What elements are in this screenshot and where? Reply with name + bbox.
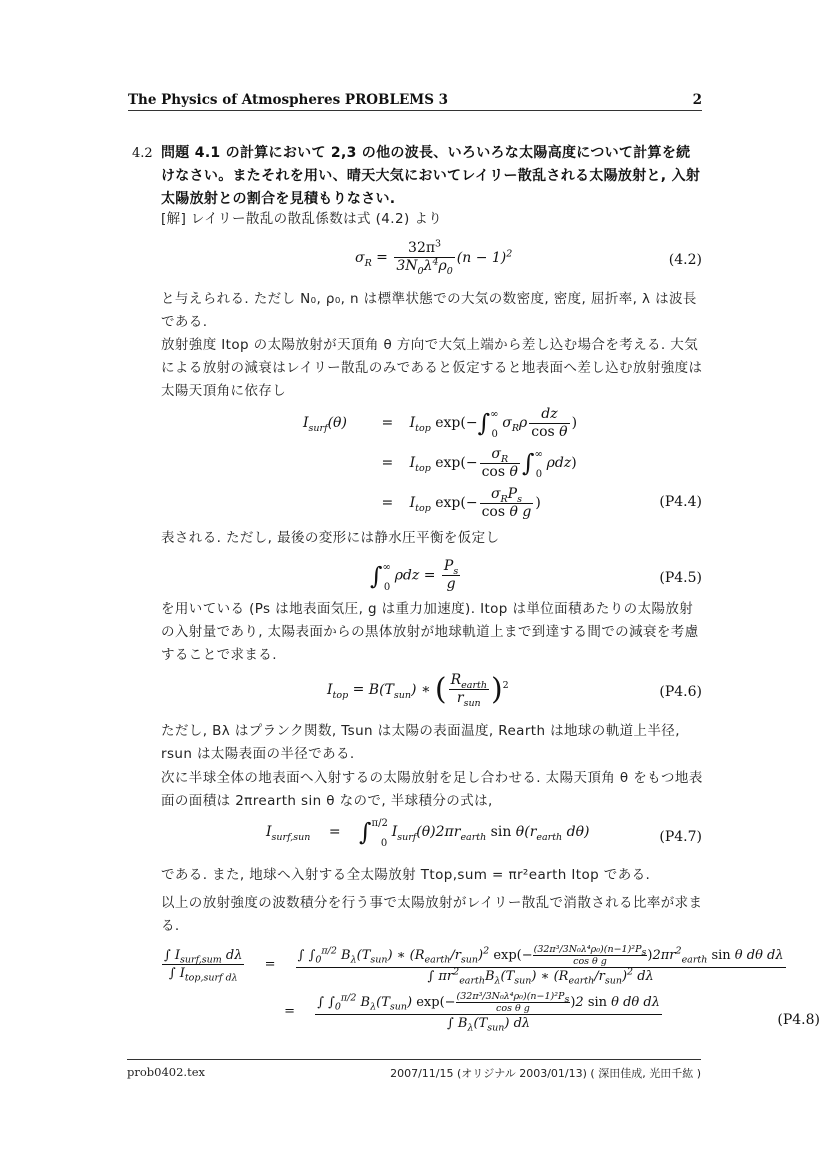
- page-header: The Physics of Atmospheres PROBLEMS 3 2: [128, 90, 702, 111]
- p4-8-line2: ∫ ∫0π/2 Bλ(Tsun) exp(−(32π³/3N₀λ⁴ρ₀)(n−1…: [315, 991, 662, 1032]
- page-number: 2: [693, 92, 702, 108]
- footer-filename: prob0402.tex: [127, 1065, 205, 1079]
- equation-label-p4-6: (P4.6): [659, 684, 702, 700]
- equation-p4-4: Isurf(θ) = Itop exp(−∫∞0 σRρdzcos θ) = I…: [303, 404, 603, 522]
- equation-p4-5: ∫∞0 ρdz = Psg: [370, 558, 462, 593]
- equation-p4-6: Itop = B(Tsun) ∗ (Rearthrsun)2: [327, 672, 509, 707]
- problem-statement: 問題 4.1 の計算において 2,3 の他の波長、いろいろな太陽高度について計算…: [161, 142, 704, 211]
- paragraph-1: と与えられる. ただし N₀, ρ₀, n は標準状態での大気の数密度, 密度,…: [161, 288, 704, 334]
- paragraph-5: ただし, Bλ はプランク関数, Tsun は太陽の表面温度, Rearth は…: [161, 720, 704, 766]
- equation-label-p4-4: (P4.4): [659, 494, 702, 510]
- paragraph-4: を用いている (Ps は地表面気圧, g は重力加速度). Itop は単位面積…: [161, 598, 704, 667]
- equation-label-4-2: (4.2): [669, 252, 702, 268]
- page-footer: prob0402.tex 2007/11/15 (オリジナル 2003/01/1…: [127, 1059, 701, 1080]
- footer-date-authors: 2007/11/15 (オリジナル 2003/01/13) ( 深田佳成, 光田…: [390, 1065, 701, 1081]
- equation-label-p4-5: (P4.5): [659, 570, 702, 586]
- paragraph-8: 以上の放射強度の波数積分を行う事で太陽放射がレイリー散乱で消散される比率が求まる…: [161, 892, 704, 938]
- p4-8-line1: ∫ ∫0π/2 Bλ(Tsun) ∗ (Rearth/rsun)2 exp(−(…: [296, 944, 786, 985]
- paragraph-7: である. また, 地球へ入射する全太陽放射 Ttop,sum = πr²eart…: [161, 864, 704, 887]
- equation-label-p4-8: (P4.8): [777, 1012, 820, 1028]
- problem-number: 4.2: [132, 142, 153, 165]
- paragraph-6: 次に半球全体の地表面へ入射するの太陽放射を足し合わせる. 太陽天頂角 θ をもつ…: [161, 767, 704, 813]
- equation-label-p4-7: (P4.7): [659, 829, 702, 845]
- equation-4-2: σR = 32π33N0λ4ρ0(n − 1)2: [355, 240, 512, 275]
- document-title: The Physics of Atmospheres PROBLEMS 3: [128, 92, 448, 108]
- solution-intro: [解] レイリー散乱の散乱係数は式 (4.2) より: [161, 208, 704, 231]
- equation-p4-8: ∫ Isurf,sum dλ∫ Itop,surf dλ = ∫ ∫0π/2 B…: [160, 944, 820, 1032]
- paragraph-3: 表される. ただし, 最後の変形には静水圧平衡を仮定し: [161, 527, 704, 550]
- equation-p4-7: Isurf,sun = ∫π/20 Isurf(θ)2πrearth sin θ…: [266, 818, 589, 846]
- paragraph-2: 放射強度 Itop の太陽放射が天頂角 θ 方向で大気上端から差し込む場合を考え…: [161, 334, 704, 403]
- problem-4-2: 4.2 問題 4.1 の計算において 2,3 の他の波長、いろいろな太陽高度につ…: [132, 142, 704, 211]
